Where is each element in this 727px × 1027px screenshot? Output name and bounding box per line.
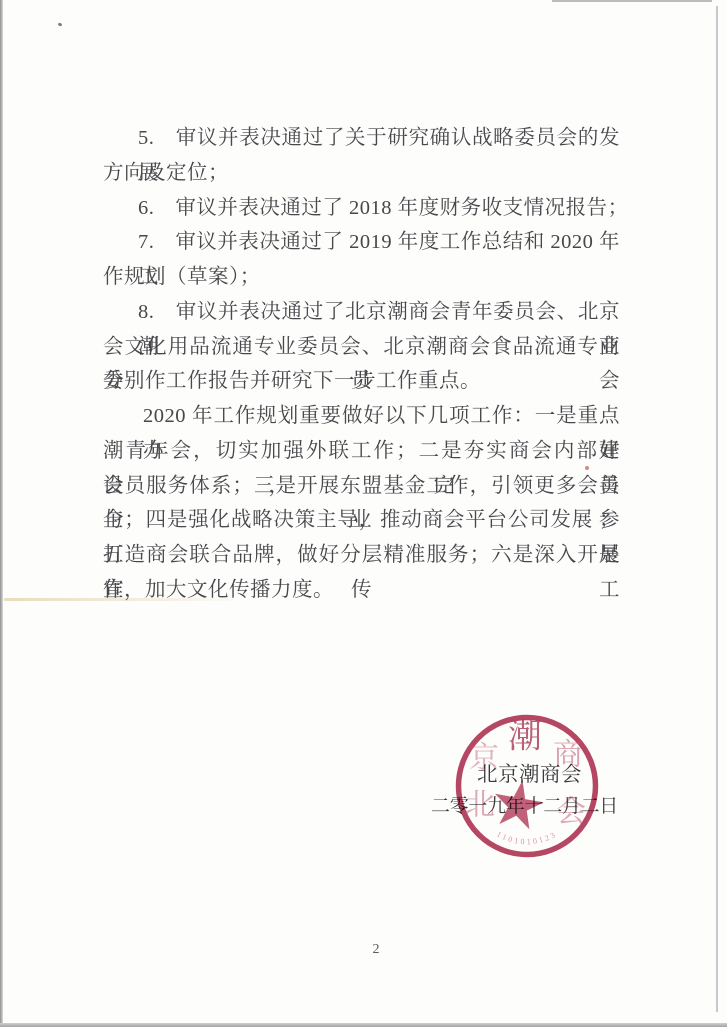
document-line: 5. 审议并表决通过了关于研究确认战略委员会的发展 (103, 121, 620, 156)
stamp-star-icon (490, 776, 547, 831)
document-line: 会文化用品流通专业委员会、北京潮商会食品流通专业委员会 (103, 330, 620, 365)
scan-edge-top (552, 0, 712, 2)
stamp-ring-char: 会 (556, 796, 586, 829)
stamp-ring-char: 潮 (508, 718, 542, 756)
scan-edge-right (716, 6, 718, 1012)
document-line: 打造商会联合品牌，做好分层精准服务；六是深入开展宣传工 (103, 538, 620, 573)
stamp-ring-char: 北 (465, 789, 495, 822)
scan-speck (58, 22, 63, 26)
document-line: 会员服务体系；三是开展东盟基金工作，引领更多会员企业参 (103, 469, 620, 504)
stamp-serial-number: 1101010123 (495, 830, 559, 847)
scan-edge-bottom (0, 1023, 727, 1027)
scan-edge-left (0, 0, 3, 1027)
stamp-ring-char: 京 (469, 742, 499, 775)
document-line: 与；四是强化战略决策主导，推动商会平台公司发展 ；五是 (103, 503, 620, 538)
document-line: 作规划（草案）； (103, 260, 620, 295)
document-line: 8. 审议并表决通过了北京潮商会青年委员会、北京潮商 (103, 295, 620, 330)
stamp-ring-char: 商 (553, 739, 583, 772)
document-line: 6. 审议并表决通过了 2018 年度财务收支情况报告； (103, 191, 620, 226)
scanned-page: 5. 审议并表决通过了关于研究确认战略委员会的发展方向及定位；6. 审议并表决通… (0, 0, 727, 1027)
document-body: 5. 审议并表决通过了关于研究确认战略委员会的发展方向及定位；6. 审议并表决通… (103, 121, 620, 608)
official-seal-stamp: 潮 商 会 北 京 1101010123 (441, 700, 613, 872)
page-number: 2 (366, 942, 386, 958)
document-line: 7. 审议并表决通过了 2019 年度工作总结和 2020 年工 (103, 225, 620, 260)
document-line: 潮青年会，切实加强外联工作；二是夯实商会内部建设，完善 (103, 434, 620, 469)
document-line: 方向及定位； (103, 156, 620, 191)
document-line: 2020 年工作规划重要做好以下几项工作：一是重点办好 (103, 399, 620, 434)
svg-text:1101010123: 1101010123 (495, 830, 559, 847)
